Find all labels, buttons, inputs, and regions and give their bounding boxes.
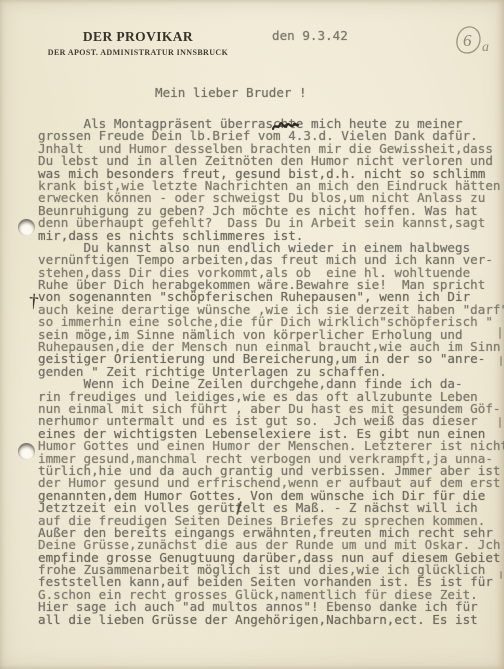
handwritten-dagger-mark: † xyxy=(28,291,39,314)
paragraph-1: Als Montagpräsent überraschte mich heute… xyxy=(38,118,504,242)
edge-artifact xyxy=(500,356,502,366)
edge-artifact xyxy=(500,571,502,579)
handwritten-page-mark: 6 a xyxy=(447,23,499,61)
paragraph-2: Du kannst also nun endlich wieder in ein… xyxy=(38,242,504,378)
paragraph-3: Wenn ich Deine Zeilen durchgehe,dann fin… xyxy=(38,378,504,626)
punch-hole-bottom xyxy=(18,443,35,460)
date-line: den 9.3.42 xyxy=(272,28,348,43)
letterhead-subtitle: DER APOST. ADMINISTRATUR INNSBRUCK xyxy=(40,48,236,57)
edge-artifact xyxy=(499,327,501,339)
page-mark-letter: a xyxy=(482,40,489,55)
letterhead: DER PROVIKAR DER APOST. ADMINISTRATUR IN… xyxy=(40,29,236,57)
letterhead-title: DER PROVIKAR xyxy=(40,29,236,45)
handwritten-correction-scribble xyxy=(271,119,299,134)
punch-hole-top xyxy=(18,219,35,236)
scanned-letter-page: DER PROVIKAR DER APOST. ADMINISTRATUR IN… xyxy=(0,0,504,669)
salutation: Mein lieber Bruder ! xyxy=(155,85,307,100)
letter-body: Als Montagpräsent überraschte mich heute… xyxy=(38,118,504,626)
edge-artifact xyxy=(499,417,501,428)
page-mark-number: 6 xyxy=(463,31,472,50)
typed-line: all die lieben Grüsse der Angehörigen,Na… xyxy=(38,614,504,626)
